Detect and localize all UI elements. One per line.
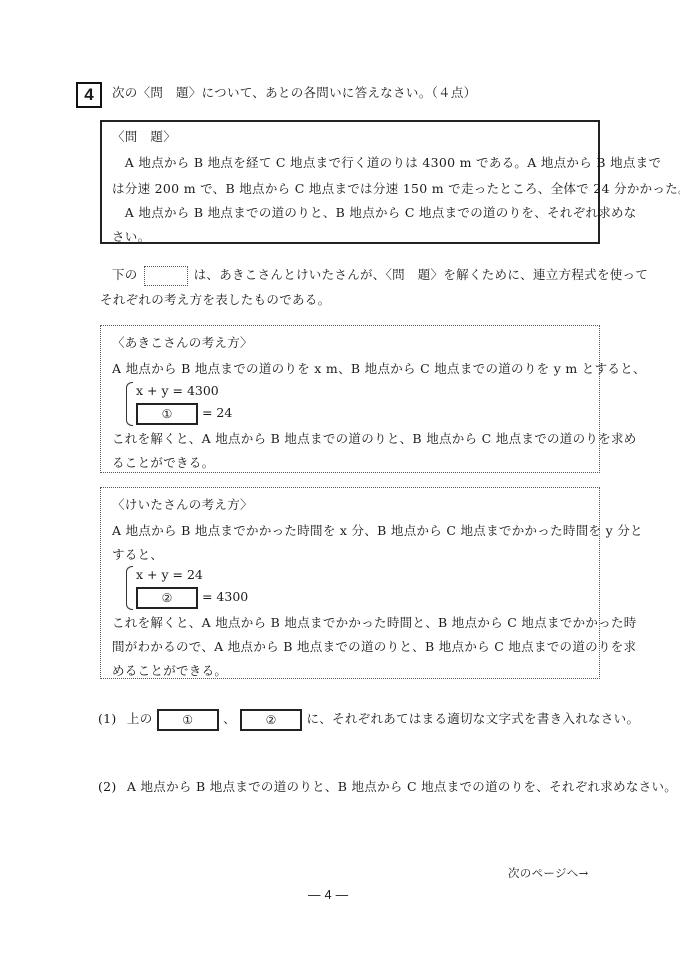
page-number: — 4 — [308, 882, 348, 908]
akiko-line-2: これを解くと、A 地点から B 地点までの道のりと、B 地点から C 地点までの… [112, 426, 637, 452]
keita-equation-2-rhs: = 4300 [202, 589, 248, 604]
answer-box-1[interactable]: ① [136, 403, 198, 425]
sub-question-1-text: に、それぞれあてはまる適切な文字式を書き入れなさい。 [306, 711, 639, 726]
akiko-line-1: A 地点から B 地点までの道のりを x m、B 地点から C 地点までの道のり… [112, 356, 646, 382]
keita-equation-1: x + y = 24 [136, 564, 203, 586]
problem-line-4: さい。 [112, 224, 150, 250]
problem-line-1: A 地点から B 地点を経て C 地点まで行く道のりは 4300 m である。A… [112, 150, 661, 176]
akiko-equation-1: x + y = 4300 [136, 380, 219, 402]
separator: 、 [223, 711, 236, 726]
keita-equation-2: ② = 4300 [136, 586, 248, 609]
akiko-equation-2: ① = 24 [136, 402, 232, 425]
akiko-line-3: ることができる。 [112, 450, 214, 476]
sub-question-1-number: (1) [98, 711, 117, 726]
keita-line-1: A 地点から B 地点までかかった時間を x 分、B 地点から C 地点までかか… [112, 518, 643, 544]
keita-line-5: めることができる。 [112, 658, 227, 684]
problem-line-3: A 地点から B 地点までの道のりと、B 地点から C 地点までの道のりを、それ… [112, 200, 637, 226]
keita-line-4: 間がわかるので、A 地点から B 地点までの道のりと、B 地点から C 地点まで… [112, 634, 636, 660]
sub-question-2: (2) A 地点から B 地点までの道のりと、B 地点から C 地点までの道のり… [98, 774, 677, 800]
sub-question-2-text: A 地点から B 地点までの道のりと、B 地点から C 地点までの道のりを、それ… [127, 779, 677, 794]
answer-box-ref-2: ② [240, 709, 302, 731]
sub-question-1: (1) 上の ① 、 ② に、それぞれあてはまる適切な文字式を書き入れなさい。 [98, 706, 639, 732]
brace-icon [126, 382, 133, 426]
problem-title: 〈問 題〉 [112, 124, 176, 150]
question-number-box: 4 [76, 82, 102, 108]
akiko-equation-2-rhs: = 24 [202, 405, 232, 420]
next-page-note: 次のページへ→ [508, 860, 589, 886]
akiko-title: 〈あきこさんの考え方〉 [112, 330, 253, 356]
brace-icon [126, 566, 133, 610]
keita-title: 〈けいたさんの考え方〉 [112, 492, 253, 518]
question-instruction: 次の〈問 題〉について、あとの各問いに答えなさい。（４点） [112, 80, 476, 106]
problem-line-2: は分速 200 m で、B 地点から C 地点までは分速 150 m で走ったと… [112, 176, 680, 202]
sub-question-2-number: (2) [98, 779, 117, 794]
answer-box-2[interactable]: ② [136, 587, 198, 609]
intro-line-1-suffix: は、あきこさんとけいたさんが、〈問 題〉を解くために、連立方程式を使って [194, 267, 649, 282]
intro-prefix: 下の [112, 267, 138, 282]
dotted-frame-symbol [144, 266, 188, 286]
intro-line-2: それぞれの考え方を表したものである。 [100, 287, 330, 313]
answer-box-ref-1: ① [157, 709, 219, 731]
sub-question-1-prefix: 上の [127, 711, 153, 726]
keita-line-3: これを解くと、A 地点から B 地点までかかった時間と、B 地点から C 地点ま… [112, 610, 637, 636]
intro-line-1: 下のは、あきこさんとけいたさんが、〈問 題〉を解くために、連立方程式を使って [112, 262, 648, 288]
